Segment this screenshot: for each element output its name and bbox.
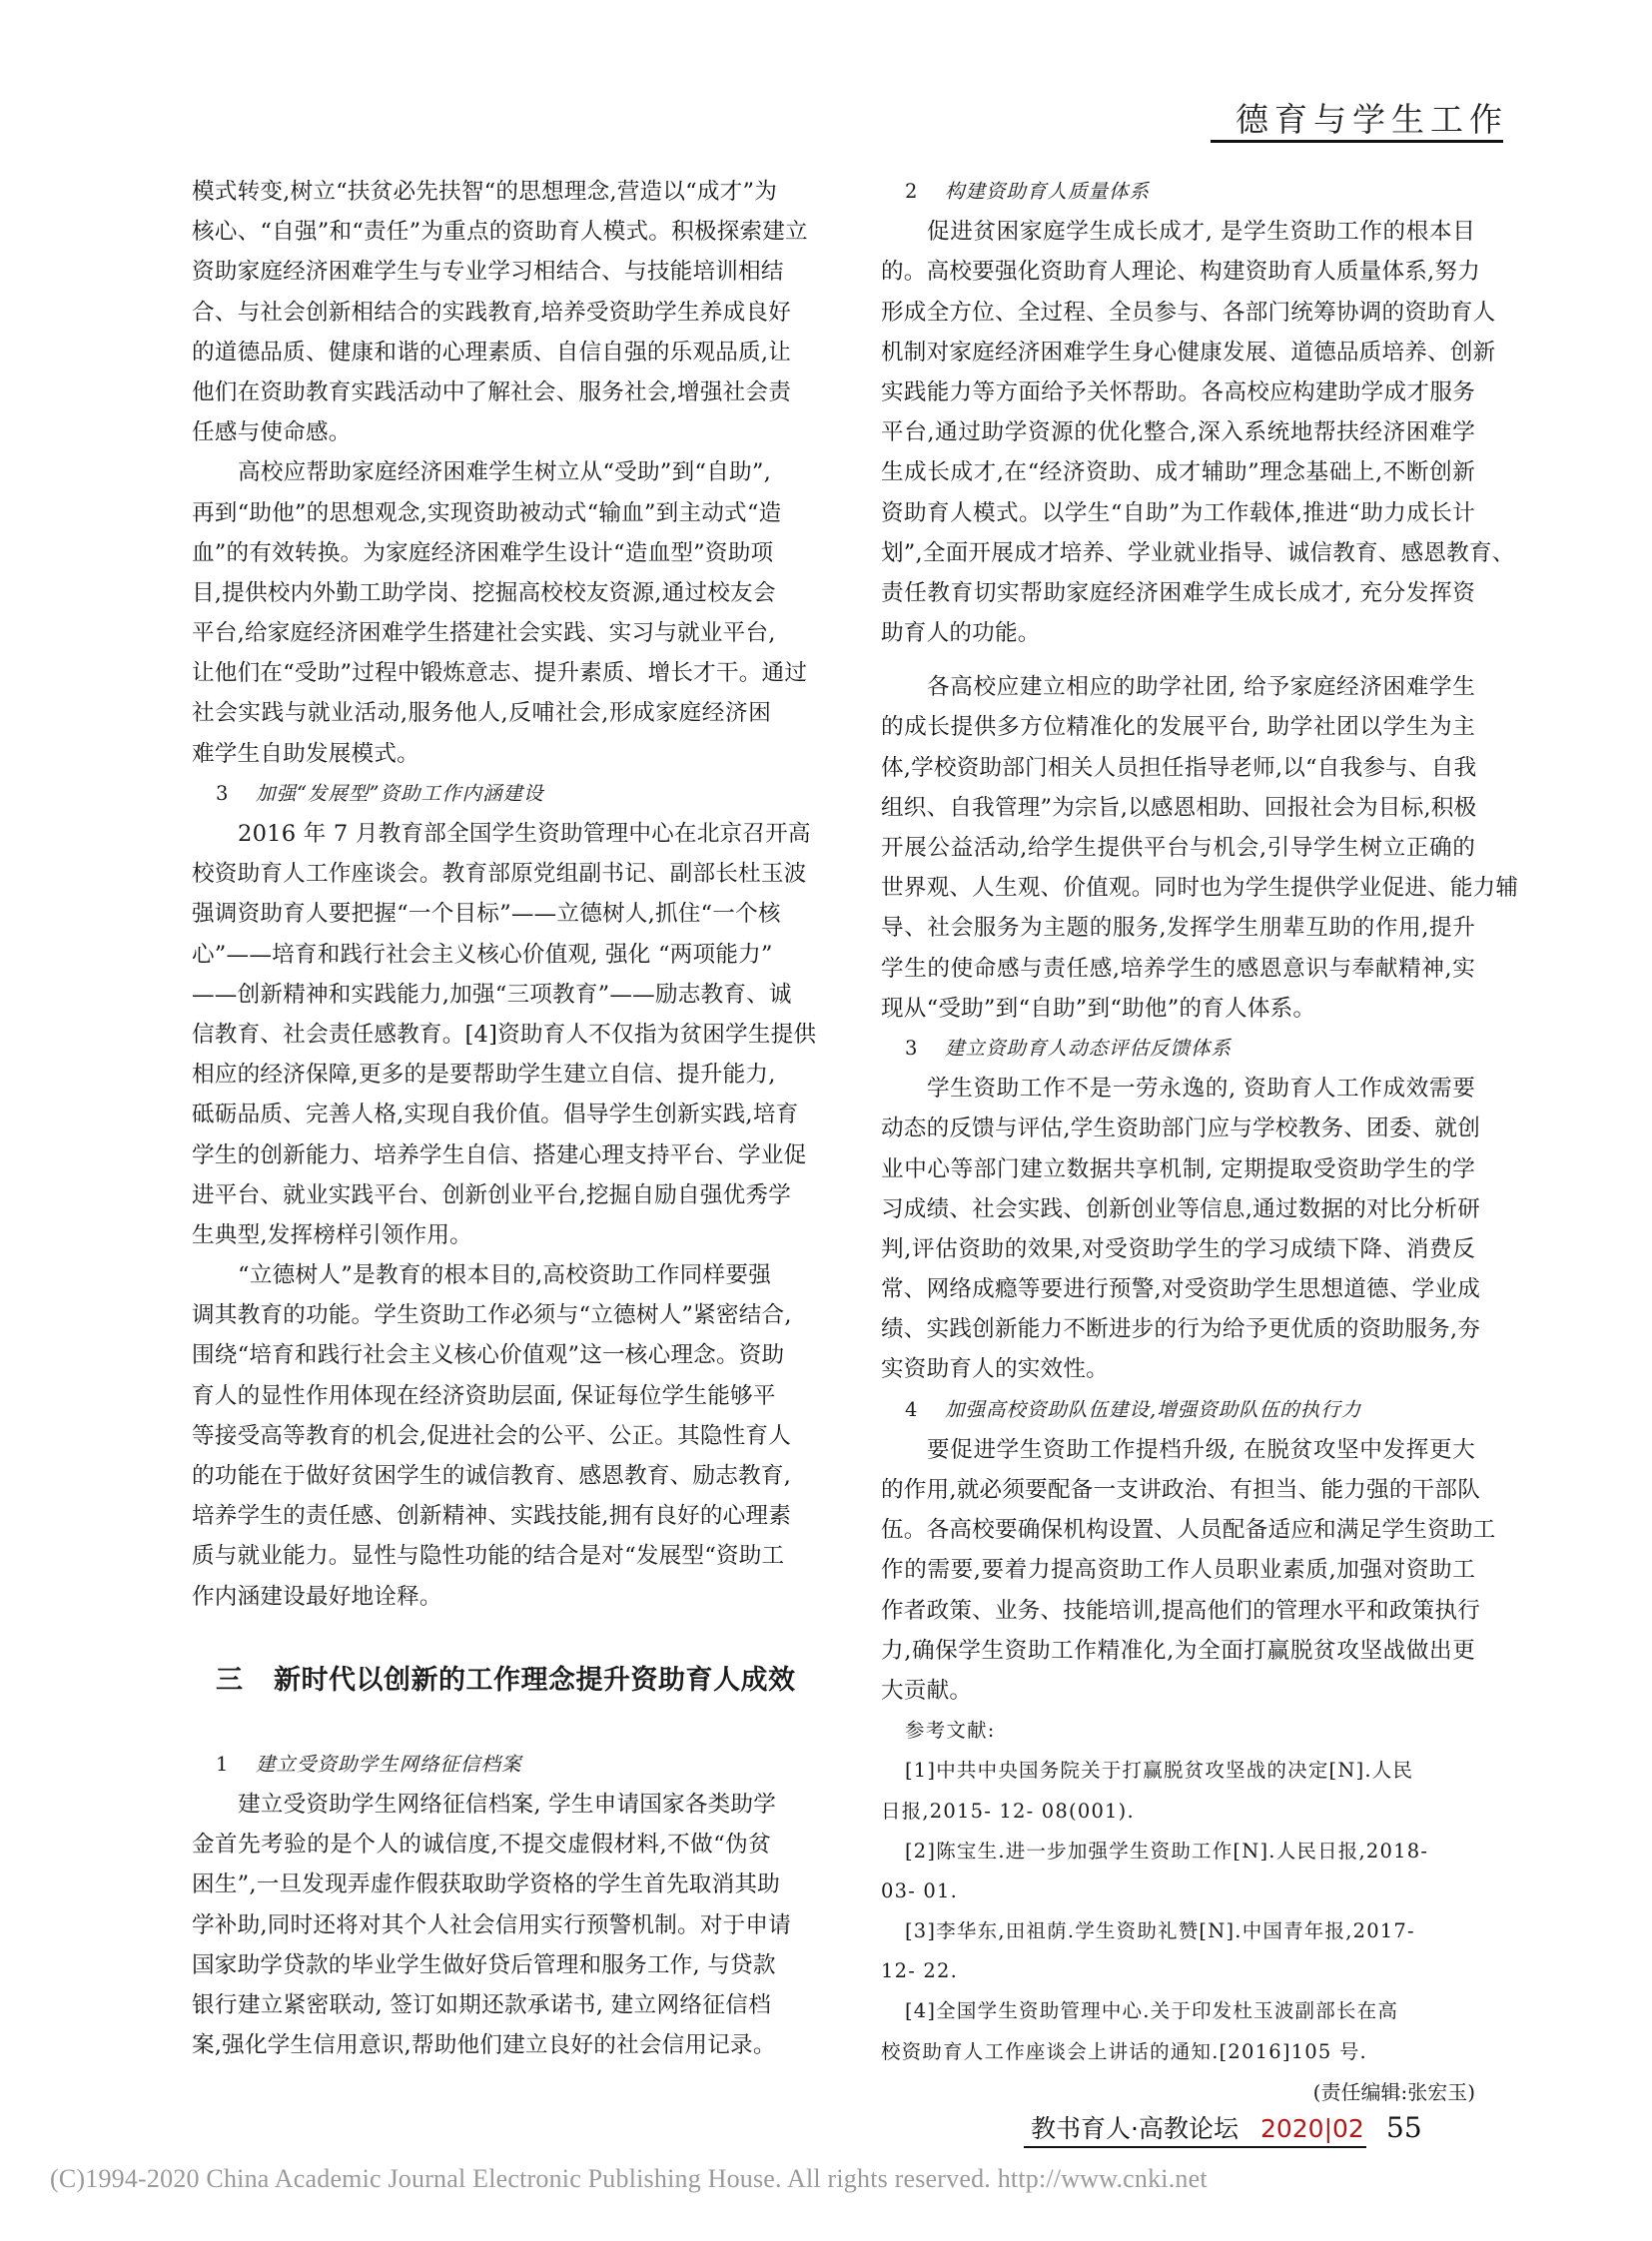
subsection-number: 3 <box>905 1029 945 1069</box>
text-line: 资助育人模式。以学生“自助”为工作载体,推进“助力成长计 <box>881 493 1475 533</box>
text-line: 进平台、就业实践平台、创新创业平台,挖掘自励自强优秀学 <box>192 1175 771 1215</box>
reference-item-cont: 校资助育人工作座谈会上讲话的通知.[2016]105 号. <box>881 2032 1475 2072</box>
text-line: 合、与社会创新相结合的实践教育,培养受资助学生养成良好 <box>192 293 771 333</box>
text-line: 习成绩、社会实践、创新创业等信息,通过数据的对比分析研 <box>881 1189 1475 1229</box>
paragraph: 模式转变,树立“扶贫必先扶智“的思想理念,营造以“成才”为 核心、“自强”和“责… <box>192 172 771 452</box>
references: 参考文献: [1]中共中央国务院关于打赢脱贫攻坚战的决定[N].人民 日报,20… <box>881 1711 1475 2072</box>
text-line: 实践能力等方面给予关怀帮助。各高校应构建助学成才服务 <box>881 373 1475 412</box>
header-rule <box>1211 140 1503 143</box>
text-line: ——创新精神和实践能力,加强“三项教育”——励志教育、诚 <box>192 975 771 1015</box>
page-number: 55 <box>1386 2111 1422 2144</box>
text-line: 责任教育切实帮助家庭经济困难学生成长成才, 充分发挥资 <box>881 573 1475 613</box>
text-line: 作内涵建设最好地诠释。 <box>192 1577 771 1617</box>
text-line: 助育人的功能。 <box>881 613 1475 653</box>
text-line: 体,学校资助部门相关人员担任指导老师,以“自我参与、自我 <box>881 748 1475 788</box>
paragraph: 促进贫困家庭学生成长成才, 是学生资助工作的根本目 的。高校要强化资助育人理论、… <box>881 212 1475 653</box>
subsection-heading: 3建立资助育人动态评估反馈体系 <box>881 1029 1475 1069</box>
text-line: 业中心等部门建立数据共享机制, 定期提取受资助学生的学 <box>881 1149 1475 1189</box>
reference-item-cont: 日报,2015- 12- 08(001). <box>881 1792 1475 1832</box>
text-line: 伍。各高校要确保机构设置、人员配备适应和满足学生资助工 <box>881 1510 1475 1550</box>
text-line: 强调资助育人要把握“一个目标”——立德树人,抓住“一个核 <box>192 894 771 934</box>
text-line: 任感与使命感。 <box>192 412 771 452</box>
subsection-title: 构建资助育人质量体系 <box>945 180 1150 203</box>
text-line: 生典型,发挥榜样引领作用。 <box>192 1215 771 1255</box>
text-line: 校资助育人工作座谈会。教育部原党组副书记、副部长杜玉波 <box>192 854 771 894</box>
text-line: 质与就业能力。显性与隐性功能的结合是对“发展型“资助工 <box>192 1536 771 1576</box>
subsection-heading: 1建立受资助学生网络征信档案 <box>192 1745 771 1785</box>
references-heading: 参考文献: <box>881 1711 1475 1751</box>
responsible-editor: (责任编辑:张宏玉) <box>881 2072 1475 2112</box>
text-line: “立德树人”是教育的根本目的,高校资助工作同样要强 <box>192 1255 771 1295</box>
text-line: 让他们在“受助”过程中锻炼意志、提升素质、增长才干。通过 <box>192 653 771 693</box>
text-line: 银行建立紧密联动, 签订如期还款承诺书, 建立网络征信档 <box>192 1985 771 2025</box>
section-header-title: 德育与学生工作 <box>1209 100 1508 140</box>
paragraph: 各高校应建立相应的助学社团, 给予家庭经济困难学生 的成长提供多方位精准化的发展… <box>881 667 1475 1029</box>
subsection-title: 建立资助育人动态评估反馈体系 <box>945 1037 1232 1060</box>
paragraph: 建立受资助学生网络征信档案, 学生申请国家各类助学 金首先考验的是个人的诚信度,… <box>192 1785 771 2065</box>
text-line: 要促进学生资助工作提档升级, 在脱贫攻坚中发挥更大 <box>881 1430 1475 1470</box>
subsection-number: 1 <box>216 1745 256 1785</box>
spacer <box>881 653 1475 667</box>
paragraph: 高校应帮助家庭经济困难学生树立从“受助”到“自助”, 再到“助他”的思想观念,实… <box>192 452 771 774</box>
text-line: 现从“受助”到“自助”到“助他”的育人体系。 <box>881 989 1475 1029</box>
text-line: 的成长提供多方位精准化的发展平台, 助学社团以学生为主 <box>881 707 1475 747</box>
footer-rule <box>1024 2146 1366 2148</box>
paragraph: 要促进学生资助工作提档升级, 在脱贫攻坚中发挥更大 的作用,就必须要配备一支讲政… <box>881 1430 1475 1711</box>
text-line: 资助家庭经济困难学生与专业学习相结合、与技能培训相结 <box>192 252 771 292</box>
text-line: 学生的创新能力、培养学生自信、搭建心理支持平台、学业促 <box>192 1135 771 1175</box>
text-line: 的道德品质、健康和谐的心理素质、自信自强的乐观品质,让 <box>192 333 771 373</box>
text-line: 学生的使命感与责任感,培养学生的感恩意识与奉献精神,实 <box>881 949 1475 989</box>
text-line: 育人的显性作用体现在经济资助层面, 保证每位学生能够平 <box>192 1376 771 1416</box>
subsection-number: 4 <box>905 1390 945 1430</box>
text-line: 的。高校要强化资助育人理论、构建资助育人质量体系,努力 <box>881 252 1475 292</box>
text-line: 围绕“培育和践行社会主义核心价值观”这一核心理念。资助 <box>192 1335 771 1375</box>
paragraph: 学生资助工作不是一劳永逸的, 资助育人工作成效需要 动态的反馈与评估,学生资助部… <box>881 1069 1475 1390</box>
text-line: 困生”,一旦发现弄虚作假获取助学资格的学生首先取消其助 <box>192 1865 771 1904</box>
paragraph: “立德树人”是教育的根本目的,高校资助工作同样要强 调其教育的功能。学生资助工作… <box>192 1255 771 1617</box>
text-line: 促进贫困家庭学生成长成才, 是学生资助工作的根本目 <box>881 212 1475 252</box>
text-line: 组织、自我管理”为宗旨,以感恩相助、回报社会为目标,积极 <box>881 788 1475 828</box>
text-line: 等接受高等教育的机会,促进社会的公平、公正。其隐性育人 <box>192 1416 771 1456</box>
reference-item: [3]李华东,田祖荫.学生资助礼赞[N].中国青年报,2017- <box>881 1911 1475 1951</box>
left-column: 模式转变,树立“扶贫必先扶智“的思想理念,营造以“成才”为 核心、“自强”和“责… <box>192 172 771 2065</box>
text-line: 实资助育人的实效性。 <box>881 1349 1475 1389</box>
section-number: 三 <box>216 1657 274 1705</box>
text-line: 平台,通过助学资源的优化整合,深入系统地帮扶经济困难学 <box>881 412 1475 452</box>
text-line: 的功能在于做好贫困学生的诚信教育、感恩教育、励志教育, <box>192 1456 771 1496</box>
text-line: 形成全方位、全过程、全员参与、各部门统筹协调的资助育人 <box>881 293 1475 333</box>
text-line: 判,评估资助的效果,对受资助学生的学习成绩下降、消费反 <box>881 1229 1475 1269</box>
text-line: 建立受资助学生网络征信档案, 学生申请国家各类助学 <box>192 1785 771 1825</box>
text-line: 目,提供校内外勤工助学岗、挖掘高校校友资源,通过校友会 <box>192 573 771 613</box>
text-line: 大贡献。 <box>881 1671 1475 1711</box>
spacer <box>192 1617 771 1657</box>
text-line: 世界观、人生观、价值观。同时也为学生提供学业促进、能力辅 <box>881 868 1475 908</box>
subsection-title: 加强“发展型”资助工作内涵建设 <box>256 782 543 805</box>
subsection-number: 3 <box>216 774 256 814</box>
reference-item-cont: 12- 22. <box>881 1951 1475 1991</box>
journal-footer: 教书育人·高教论坛2020|02 <box>1031 2114 1364 2144</box>
section-title: 新时代以创新的工作理念提升资助育人成效 <box>274 1665 796 1696</box>
text-line: 核心、“自强”和“责任”为重点的资助育人模式。积极探索建立 <box>192 212 771 252</box>
text-line: 再到“助他”的思想观念,实现资助被动式“输血”到主动式“造 <box>192 493 771 533</box>
text-line: 案,强化学生信用意识,帮助他们建立良好的社会信用记录。 <box>192 2025 771 2065</box>
text-line: 动态的反馈与评估,学生资助部门应与学校教务、团委、就创 <box>881 1109 1475 1148</box>
text-line: 学补助,同时还将对其个人社会信用实行预警机制。对于申请 <box>192 1905 771 1945</box>
text-line: 绩、实践创新能力不断进步的行为给予更优质的资助服务,夯 <box>881 1309 1475 1349</box>
text-line: 心”——培育和践行社会主义核心价值观, 强化 “两项能力” <box>192 935 771 975</box>
section-heading: 三新时代以创新的工作理念提升资助育人成效 <box>192 1657 771 1705</box>
text-line: 平台,给家庭经济困难学生搭建社会实践、实习与就业平台, <box>192 613 771 653</box>
text-line: 导、社会服务为主题的服务,发挥学生朋辈互助的作用,提升 <box>881 908 1475 948</box>
text-line: 学生资助工作不是一劳永逸的, 资助育人工作成效需要 <box>881 1069 1475 1109</box>
text-line: 砥砺品质、完善人格,实现自我价值。倡导学生创新实践,培育 <box>192 1095 771 1134</box>
text-line: 2016 年 7 月教育部全国学生资助管理中心在北京召开高 <box>192 814 771 854</box>
text-line: 相应的经济保障,更多的是要帮助学生建立自信、提升能力, <box>192 1055 771 1095</box>
text-line: 国家助学贷款的毕业学生做好贷后管理和服务工作, 与贷款 <box>192 1945 771 1985</box>
text-line: 信教育、社会责任感教育。[4]资助育人不仅指为贫困学生提供 <box>192 1015 771 1055</box>
reference-item-cont: 03- 01. <box>881 1871 1475 1911</box>
issue-number: 2020|02 <box>1260 2114 1364 2143</box>
text-line: 机制对家庭经济困难学生身心健康发展、道德品质培养、创新 <box>881 333 1475 373</box>
text-line: 他们在资助教育实践活动中了解社会、服务社会,增强社会责 <box>192 373 771 412</box>
text-line: 模式转变,树立“扶贫必先扶智“的思想理念,营造以“成才”为 <box>192 172 771 212</box>
reference-item: [2]陈宝生.进一步加强学生资助工作[N].人民日报,2018- <box>881 1832 1475 1871</box>
text-line: 的作用,就必须要配备一支讲政治、有担当、能力强的干部队 <box>881 1470 1475 1510</box>
text-line: 作的需要,要着力提高资助工作人员职业素质,加强对资助工 <box>881 1550 1475 1590</box>
spacer <box>192 1705 771 1745</box>
text-line: 金首先考验的是个人的诚信度,不提交虚假材料,不做“伪贫 <box>192 1825 771 1865</box>
subsection-number: 2 <box>905 172 945 212</box>
reference-item: [1]中共中央国务院关于打赢脱贫攻坚战的决定[N].人民 <box>881 1751 1475 1791</box>
paragraph: 2016 年 7 月教育部全国学生资助管理中心在北京召开高 校资助育人工作座谈会… <box>192 814 771 1255</box>
text-line: 血”的有效转换。为家庭经济困难学生设计“造血型”资助项 <box>192 533 771 573</box>
text-line: 高校应帮助家庭经济困难学生树立从“受助”到“自助”, <box>192 452 771 492</box>
text-line: 作者政策、业务、技能培训,提高他们的管理水平和政策执行 <box>881 1591 1475 1631</box>
text-line: 常、网络成瘾等要进行预警,对受资助学生思想道德、学业成 <box>881 1269 1475 1309</box>
text-line: 生成长成才,在“经济资助、成才辅助”理念基础上,不断创新 <box>881 452 1475 492</box>
text-line: 开展公益活动,给学生提供平台与机会,引导学生树立正确的 <box>881 828 1475 868</box>
subsection-title: 加强高校资助队伍建设,增强资助队伍的执行力 <box>945 1398 1361 1421</box>
text-line: 培养学生的责任感、创新精神、实践技能,拥有良好的心理素 <box>192 1496 771 1536</box>
right-column: 2构建资助育人质量体系 促进贫困家庭学生成长成才, 是学生资助工作的根本目 的。… <box>881 172 1475 2112</box>
subsection-heading: 4加强高校资助队伍建设,增强资助队伍的执行力 <box>881 1390 1475 1430</box>
subsection-heading: 2构建资助育人质量体系 <box>881 172 1475 212</box>
reference-item: [4]全国学生资助管理中心.关于印发杜玉波副部长在高 <box>881 1991 1475 2031</box>
text-line: 难学生自助发展模式。 <box>192 734 771 774</box>
subsection-title: 建立受资助学生网络征信档案 <box>256 1753 522 1776</box>
copyright-watermark: (C)1994-2020 China Academic Journal Elec… <box>50 2164 1208 2194</box>
text-line: 社会实践与就业活动,服务他人,反哺社会,形成家庭经济困 <box>192 693 771 733</box>
text-line: 各高校应建立相应的助学社团, 给予家庭经济困难学生 <box>881 667 1475 707</box>
text-line: 调其教育的功能。学生资助工作必须与“立德树人”紧密结合, <box>192 1295 771 1335</box>
journal-name: 教书育人·高教论坛 <box>1031 2114 1239 2143</box>
text-line: 划”,全面开展成才培养、学业就业指导、诚信教育、感恩教育、 <box>881 533 1475 573</box>
text-line: 力,确保学生资助工作精准化,为全面打赢脱贫攻坚战做出更 <box>881 1631 1475 1671</box>
subsection-heading: 3加强“发展型”资助工作内涵建设 <box>192 774 771 814</box>
